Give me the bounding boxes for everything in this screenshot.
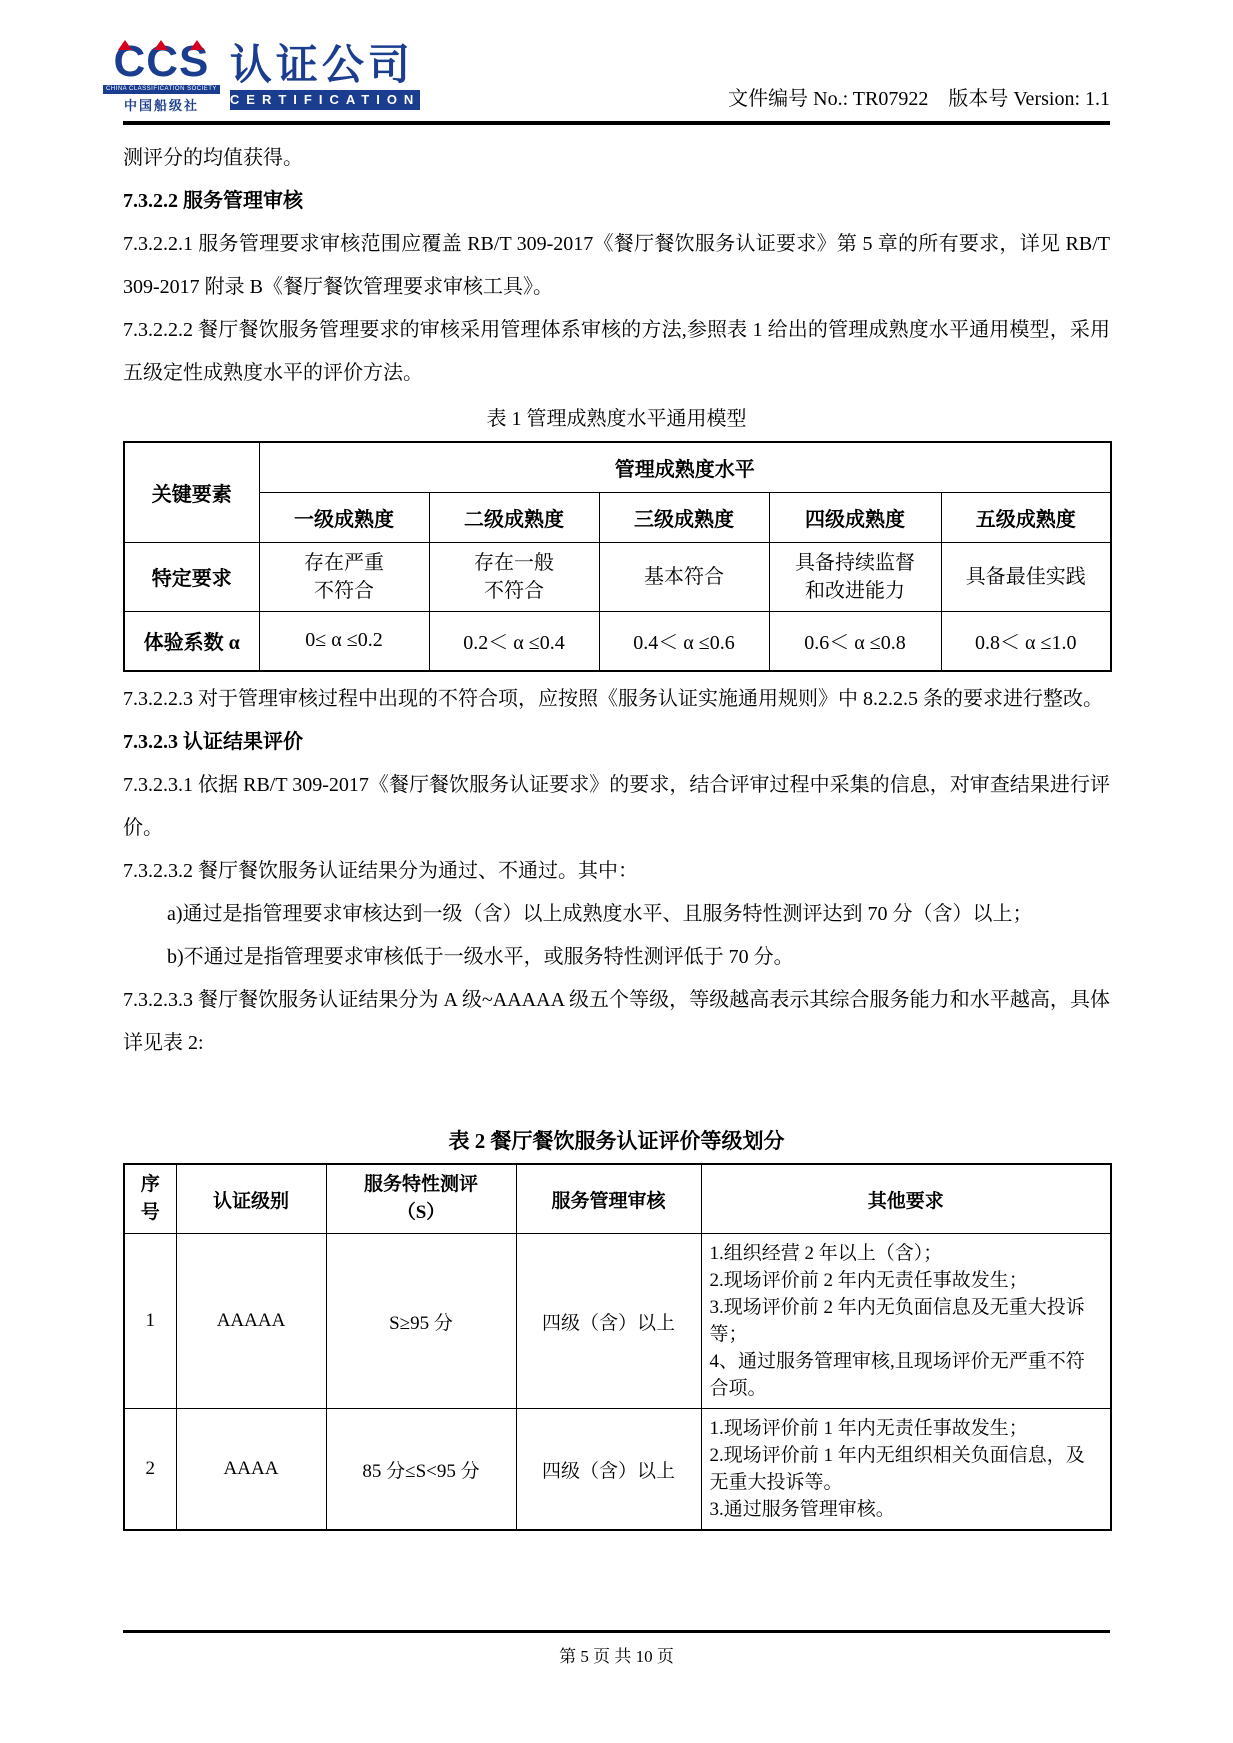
table-row: 体验系数 α 0≤ α ≤0.2 0.2＜ α ≤0.4 0.4＜ α ≤0.6… — [124, 611, 1111, 671]
document-number-version: 文件编号 No.: TR07922 版本号 Version: 1.1 — [728, 82, 1110, 111]
document-page: CCS CHINA CLASSIFICATION SOCIETY 中国船级社 认… — [123, 0, 1110, 1531]
page-header: CCS CHINA CLASSIFICATION SOCIETY 中国船级社 认… — [123, 0, 1110, 125]
table2-cell-other: 1.现场评价前 1 年内无责任事故发生； 2.现场评价前 1 年内无组织相关负面… — [701, 1409, 1111, 1531]
paragraph: 7.3.2.3.1 依据 RB/T 309-2017《餐厅餐饮服务认证要求》的要… — [123, 764, 1110, 850]
spacer — [123, 1065, 1110, 1117]
table1-cell: 0≤ α ≤0.2 — [259, 611, 429, 671]
list-item-b: b)不通过是指管理要求审核低于一级水平，或服务特性测评低于 70 分。 — [123, 936, 1110, 979]
section-heading-7322: 7.3.2.2 服务管理审核 — [123, 180, 1110, 223]
table2-cell-score: S≥95 分 — [326, 1234, 516, 1409]
table1-cell: 基本符合 — [599, 542, 769, 611]
logo-red-accent-icon — [154, 40, 168, 50]
paragraph: 7.3.2.3.2 餐厅餐饮服务认证结果分为通过、不通过。其中： — [123, 850, 1110, 893]
paragraph: 7.3.2.2.2 餐厅餐饮服务管理要求的审核采用管理体系审核的方法,参照表 1… — [123, 309, 1110, 395]
footer-divider — [123, 1630, 1110, 1633]
table1-cell: 0.4＜ α ≤0.6 — [599, 611, 769, 671]
table-row: 2 AAAA 85 分≤S<95 分 四级（含）以上 1.现场评价前 1 年内无… — [124, 1409, 1111, 1531]
table2-header-audit: 服务管理审核 — [516, 1164, 701, 1234]
paragraph: 7.3.2.2.3 对于管理审核过程中出现的不符合项，应按照《服务认证实施通用规… — [123, 678, 1110, 721]
table1-row-label: 特定要求 — [124, 542, 259, 611]
table2-cell-no: 2 — [124, 1409, 176, 1531]
document-body: 测评分的均值获得。 7.3.2.2 服务管理审核 7.3.2.2.1 服务管理要… — [123, 125, 1110, 1531]
logo-red-accent-icon — [118, 40, 132, 50]
company-name-label: 认证公司 — [230, 44, 420, 88]
table1-cell: 0.8＜ α ≤1.0 — [941, 611, 1111, 671]
table-row: 序 号 认证级别 服务特性测评 （S） 服务管理审核 其他要求 — [124, 1164, 1111, 1234]
table1-cell: 存在严重 不符合 — [259, 542, 429, 611]
table1-level-header: 五级成熟度 — [941, 492, 1111, 542]
table2-header-level: 认证级别 — [176, 1164, 326, 1234]
certification-bar: CERTIFICATION — [230, 90, 420, 110]
table1-corner-header: 关键要素 — [124, 442, 259, 542]
table2-header-other: 其他要求 — [701, 1164, 1111, 1234]
table2-cell-level: AAAA — [176, 1409, 326, 1531]
table1-cell: 具备最佳实践 — [941, 542, 1111, 611]
table1-level-header: 三级成熟度 — [599, 492, 769, 542]
table2-cell-audit: 四级（含）以上 — [516, 1234, 701, 1409]
paragraph: 7.3.2.2.1 服务管理要求审核范围应覆盖 RB/T 309-2017《餐厅… — [123, 223, 1110, 309]
table2-cell-other: 1.组织经营 2 年以上（含）； 2.现场评价前 2 年内无责任事故发生； 3.… — [701, 1234, 1111, 1409]
table2-cell-audit: 四级（含）以上 — [516, 1409, 701, 1531]
page-number: 第 5 页 共 10 页 — [123, 1642, 1110, 1667]
table1-level-header: 一级成熟度 — [259, 492, 429, 542]
table2-header-no: 序 号 — [124, 1164, 176, 1234]
society-cn-label: 中国船级社 — [124, 95, 199, 114]
table2-caption: 表 2 餐厅餐饮服务认证评价等级划分 — [123, 1121, 1110, 1161]
ccs-logo-right: 认证公司 CERTIFICATION — [230, 44, 420, 110]
table1-cell: 具备持续监督 和改进能力 — [769, 542, 941, 611]
table-row: 关键要素 管理成熟度水平 — [124, 442, 1111, 492]
table1-level-header: 二级成熟度 — [429, 492, 599, 542]
table2-cell-score: 85 分≤S<95 分 — [326, 1409, 516, 1531]
table2-cell-level: AAAAA — [176, 1234, 326, 1409]
table2-header-score: 服务特性测评 （S） — [326, 1164, 516, 1234]
list-item-a: a)通过是指管理要求审核达到一级（含）以上成熟度水平、且服务特性测评达到 70 … — [123, 893, 1110, 936]
table1-cell: 0.2＜ α ≤0.4 — [429, 611, 599, 671]
ccs-logo-left: CCS CHINA CLASSIFICATION SOCIETY 中国船级社 — [103, 42, 220, 114]
table-certification-grades: 序 号 认证级别 服务特性测评 （S） 服务管理审核 其他要求 1 AAAAA … — [123, 1163, 1112, 1531]
table1-row-label: 体验系数 α — [124, 611, 259, 671]
table-row: 一级成熟度 二级成熟度 三级成熟度 四级成熟度 五级成熟度 — [124, 492, 1111, 542]
table1-cell: 存在一般 不符合 — [429, 542, 599, 611]
ccs-logo-text: CCS — [114, 42, 210, 82]
table1-cell: 0.6＜ α ≤0.8 — [769, 611, 941, 671]
ccs-logo: CCS CHINA CLASSIFICATION SOCIETY 中国船级社 认… — [103, 42, 420, 114]
paragraph: 7.3.2.3.3 餐厅餐饮服务认证结果分为 A 级~AAAAA 级五个等级，等… — [123, 979, 1110, 1065]
table1-caption: 表 1 管理成熟度水平通用模型 — [123, 399, 1110, 439]
table2-cell-no: 1 — [124, 1234, 176, 1409]
paragraph: 测评分的均值获得。 — [123, 137, 1110, 180]
table-row: 特定要求 存在严重 不符合 存在一般 不符合 基本符合 具备持续监督 和改进能力… — [124, 542, 1111, 611]
table-row: 1 AAAAA S≥95 分 四级（含）以上 1.组织经营 2 年以上（含）； … — [124, 1234, 1111, 1409]
table1-level-header: 四级成熟度 — [769, 492, 941, 542]
table1-group-header: 管理成熟度水平 — [259, 442, 1111, 492]
table-maturity-model: 关键要素 管理成熟度水平 一级成熟度 二级成熟度 三级成熟度 四级成熟度 五级成… — [123, 441, 1112, 672]
section-heading-7323: 7.3.2.3 认证结果评价 — [123, 721, 1110, 764]
society-en-strip: CHINA CLASSIFICATION SOCIETY — [103, 85, 220, 94]
logo-red-accent-icon — [190, 40, 204, 50]
